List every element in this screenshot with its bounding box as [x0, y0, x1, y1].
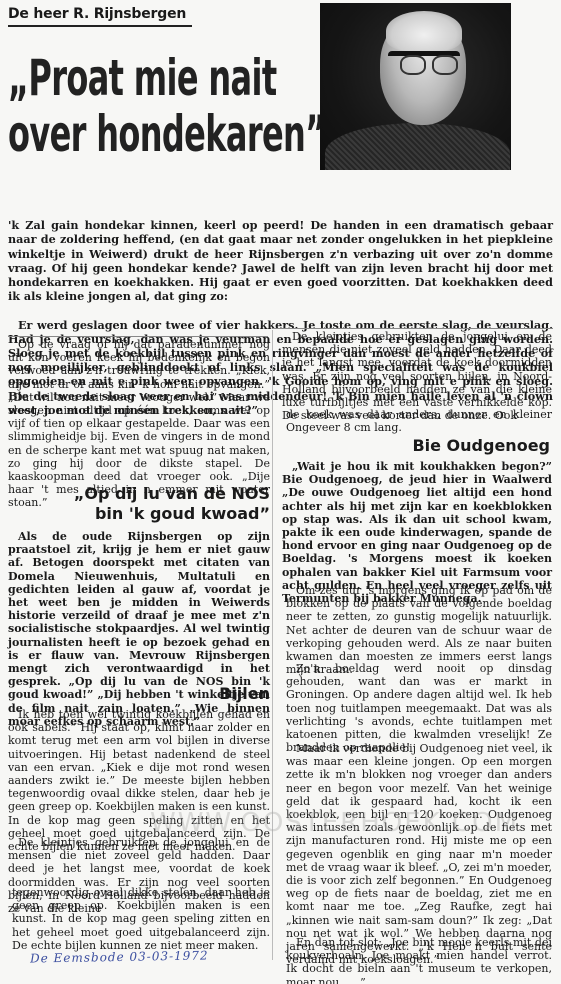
- photo-lens-right: [432, 55, 458, 75]
- subhead-nos: „Op dij lu van de NOS bin 'k goud kwoad”: [8, 484, 270, 524]
- headline: „Proat mie nait over hondekaren”: [8, 50, 219, 162]
- subhead-oudgenoeg: Bie Oudgenoeg: [282, 436, 550, 455]
- kicker-name: De heer R. Rijnsbergen: [8, 6, 192, 27]
- photo-sweater: [325, 123, 510, 170]
- headline-line-1: „Proat mie nait: [8, 50, 341, 106]
- divider: [272, 328, 553, 329]
- headline-line-2: over hondekaren”: [8, 106, 341, 162]
- watermark: WWW.OOSTERHOEK.COM: [150, 808, 519, 838]
- subhead-nos-line-1: „Op dij lu van de NOS: [8, 484, 270, 504]
- left-col-p5: tegenwoordig ovaal dikke stelen, daar he…: [12, 886, 270, 952]
- right-col-p6: En dan tot slot: „Joe bint mooie keerls …: [286, 936, 552, 984]
- handwritten-source-note: De Eemsbode 03-03-1972: [30, 948, 209, 965]
- subhead-nos-line-2: bin 'k goud kwoad”: [8, 504, 270, 524]
- right-col-p4: Zo'n boeldag werd nooit op dinsdag gehou…: [286, 662, 552, 754]
- subhead-bijlen: Bijlen: [8, 684, 270, 703]
- right-col-p1b: de koek was daar anders, dunner en klein…: [286, 408, 552, 434]
- right-col-p5: Maar ik verdiende bij Oudgenoeg niet vee…: [286, 742, 552, 966]
- column-divider: [272, 330, 273, 960]
- portrait-photo: [320, 3, 511, 170]
- lead-p1: 'k Zal gain hondekar kinnen, keerl op pe…: [8, 218, 553, 303]
- photo-lens-left: [400, 55, 426, 75]
- photo-hair: [386, 11, 462, 51]
- divider: [8, 336, 268, 337]
